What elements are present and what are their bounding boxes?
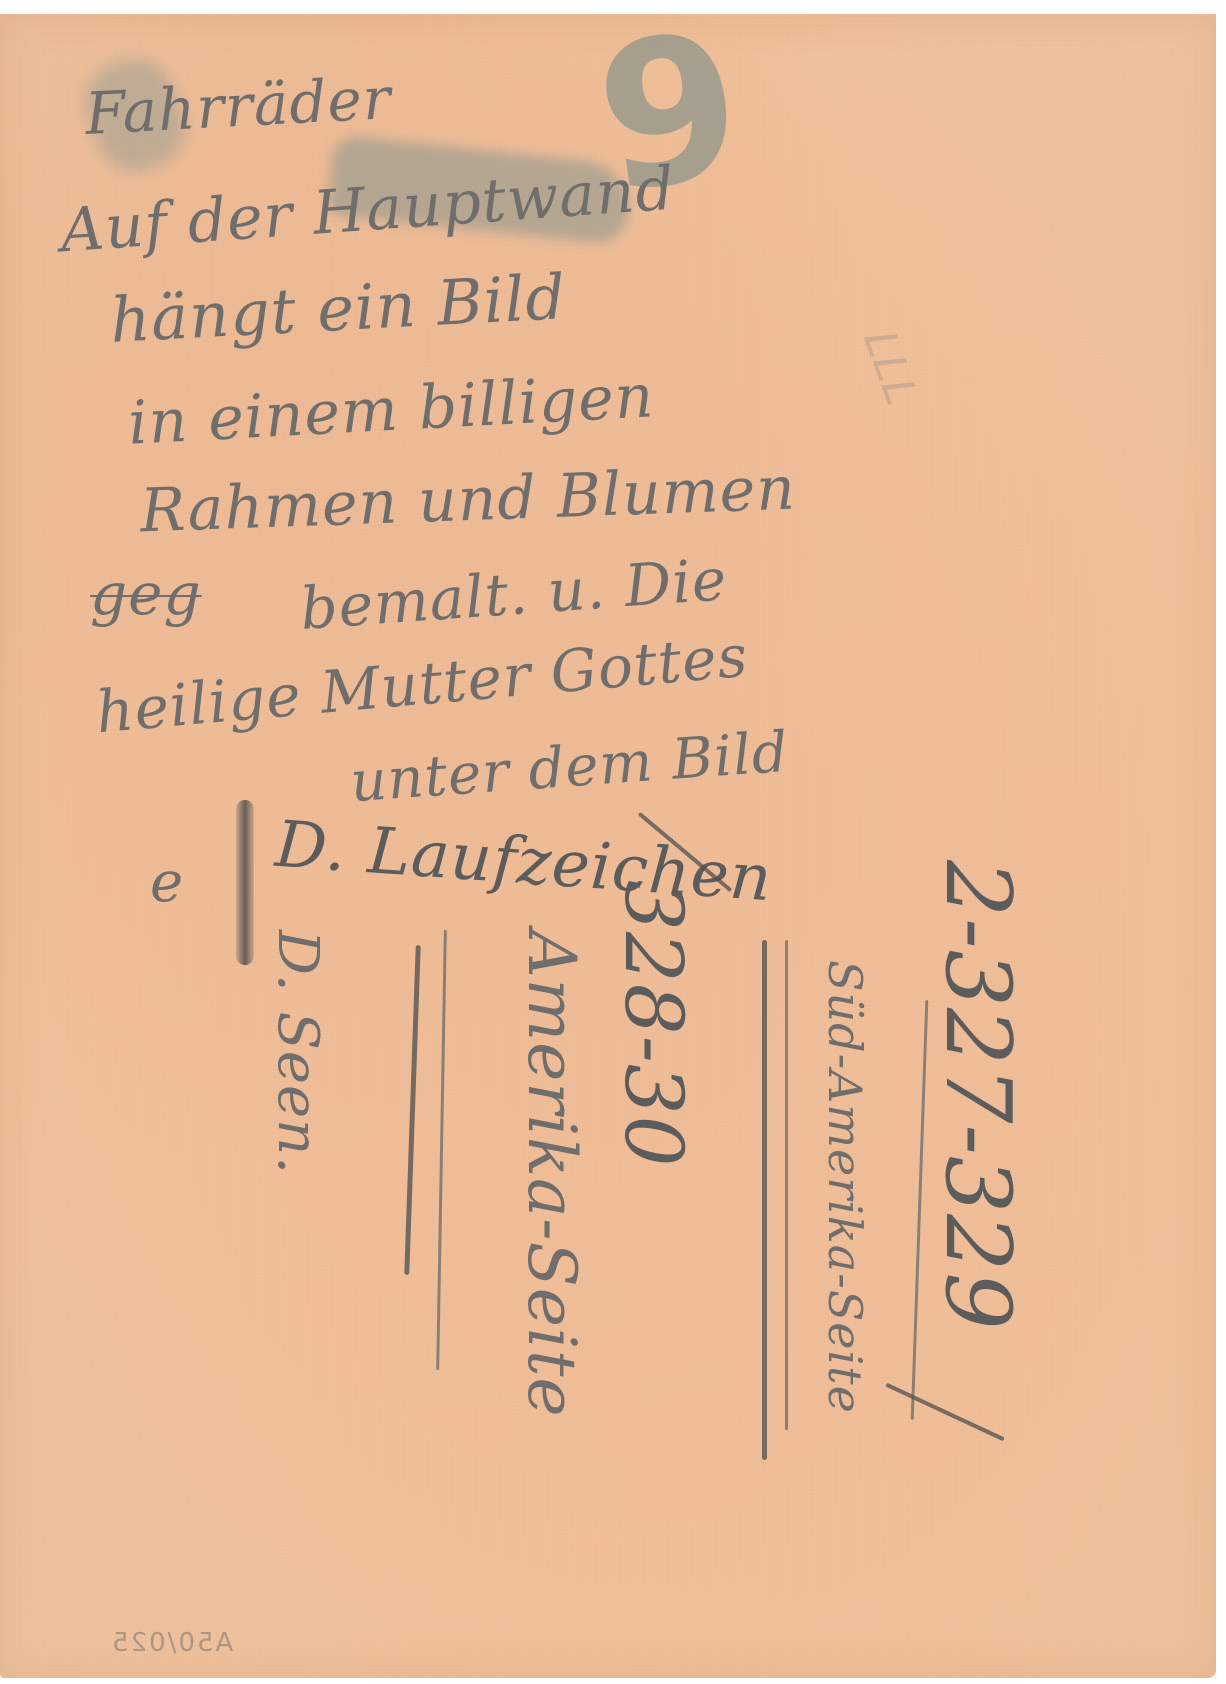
perforated-top-edge [0, 0, 1216, 18]
vertical-rule [762, 940, 767, 1460]
rotated-note: Süd-Amerika-Seite [818, 960, 872, 1414]
vertical-rule [785, 940, 788, 1430]
rotated-page-range: 2-327-329 [925, 860, 1030, 1331]
rotated-note: Amerika-Seite [513, 930, 590, 1418]
struck-out-word: geg [90, 560, 202, 628]
rotated-page-range: 328-30 [607, 880, 700, 1168]
pencil-smudge [236, 800, 254, 965]
bleed-through-archive-number: A50/025 [110, 1628, 233, 1658]
handwritten-prefix: e [150, 850, 184, 915]
rotated-note: D. Seen. [265, 930, 330, 1175]
